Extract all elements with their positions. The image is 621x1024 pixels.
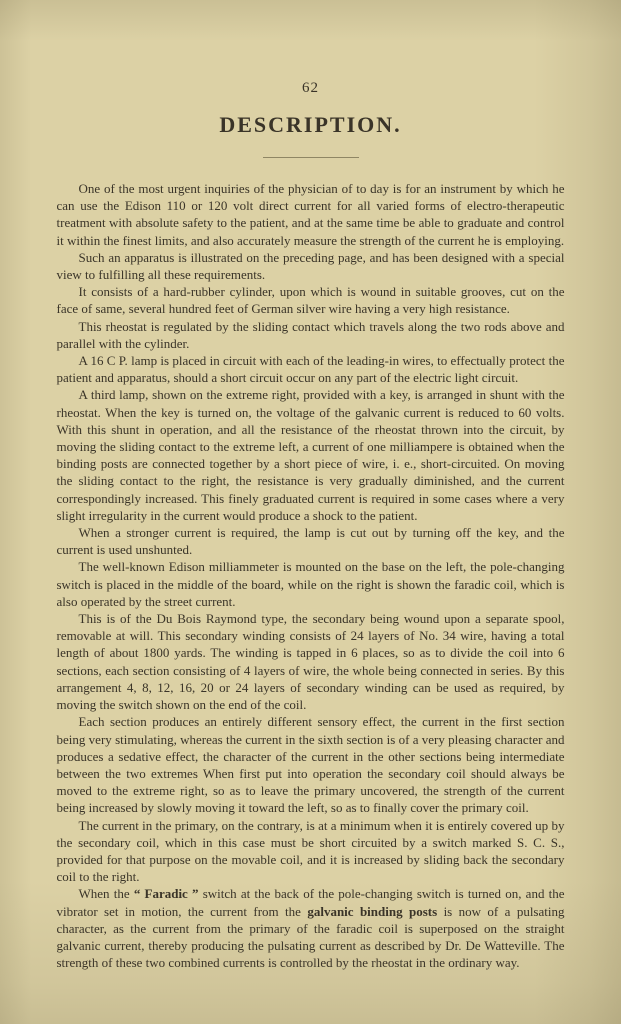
paragraph: Such an apparatus is illustrated on the …: [57, 249, 565, 283]
text-run: Each section produces an entirely differ…: [57, 714, 565, 815]
text-run: Such an apparatus is illustrated on the …: [57, 250, 565, 282]
paragraph: When a stronger current is required, the…: [57, 524, 565, 558]
paragraph: The well-known Edison milliammeter is mo…: [57, 558, 565, 610]
text-run: A third lamp, shown on the extreme right…: [57, 387, 565, 522]
text-run: It consists of a hard-rubber cylinder, u…: [57, 284, 565, 316]
text-run: A 16 C P. lamp is placed in circuit with…: [57, 353, 565, 385]
body-text: One of the most urgent inquiries of the …: [57, 180, 565, 971]
paragraph: Each section produces an entirely differ…: [57, 713, 565, 816]
text-run: This is of the Du Bois Raymond type, the…: [57, 611, 565, 712]
paragraph: When the “ Faradic ” switch at the back …: [57, 885, 565, 971]
paragraph: This is of the Du Bois Raymond type, the…: [57, 610, 565, 713]
text-run: The well-known Edison milliammeter is mo…: [57, 559, 565, 608]
paragraph: A 16 C P. lamp is placed in circuit with…: [57, 352, 565, 386]
page-title: DESCRIPTION.: [0, 112, 621, 138]
text-run: When the: [79, 886, 134, 901]
bold-term: “ Faradic ”: [134, 886, 199, 901]
paragraph: A third lamp, shown on the extreme right…: [57, 386, 565, 524]
paragraph: The current in the primary, on the contr…: [57, 817, 565, 886]
book-page: 62 DESCRIPTION. One of the most urgent i…: [0, 0, 621, 1024]
paragraph: It consists of a hard-rubber cylinder, u…: [57, 283, 565, 317]
text-run: This rheostat is regulated by the slidin…: [57, 319, 565, 351]
page-number: 62: [0, 0, 621, 97]
paragraph: One of the most urgent inquiries of the …: [57, 180, 565, 249]
paragraph: This rheostat is regulated by the slidin…: [57, 318, 565, 352]
text-run: One of the most urgent inquiries of the …: [57, 181, 565, 248]
bold-term: galvanic binding posts: [307, 904, 437, 919]
text-run: When a stronger current is required, the…: [57, 525, 565, 557]
title-divider: [263, 157, 359, 158]
text-run: The current in the primary, on the contr…: [57, 818, 565, 885]
